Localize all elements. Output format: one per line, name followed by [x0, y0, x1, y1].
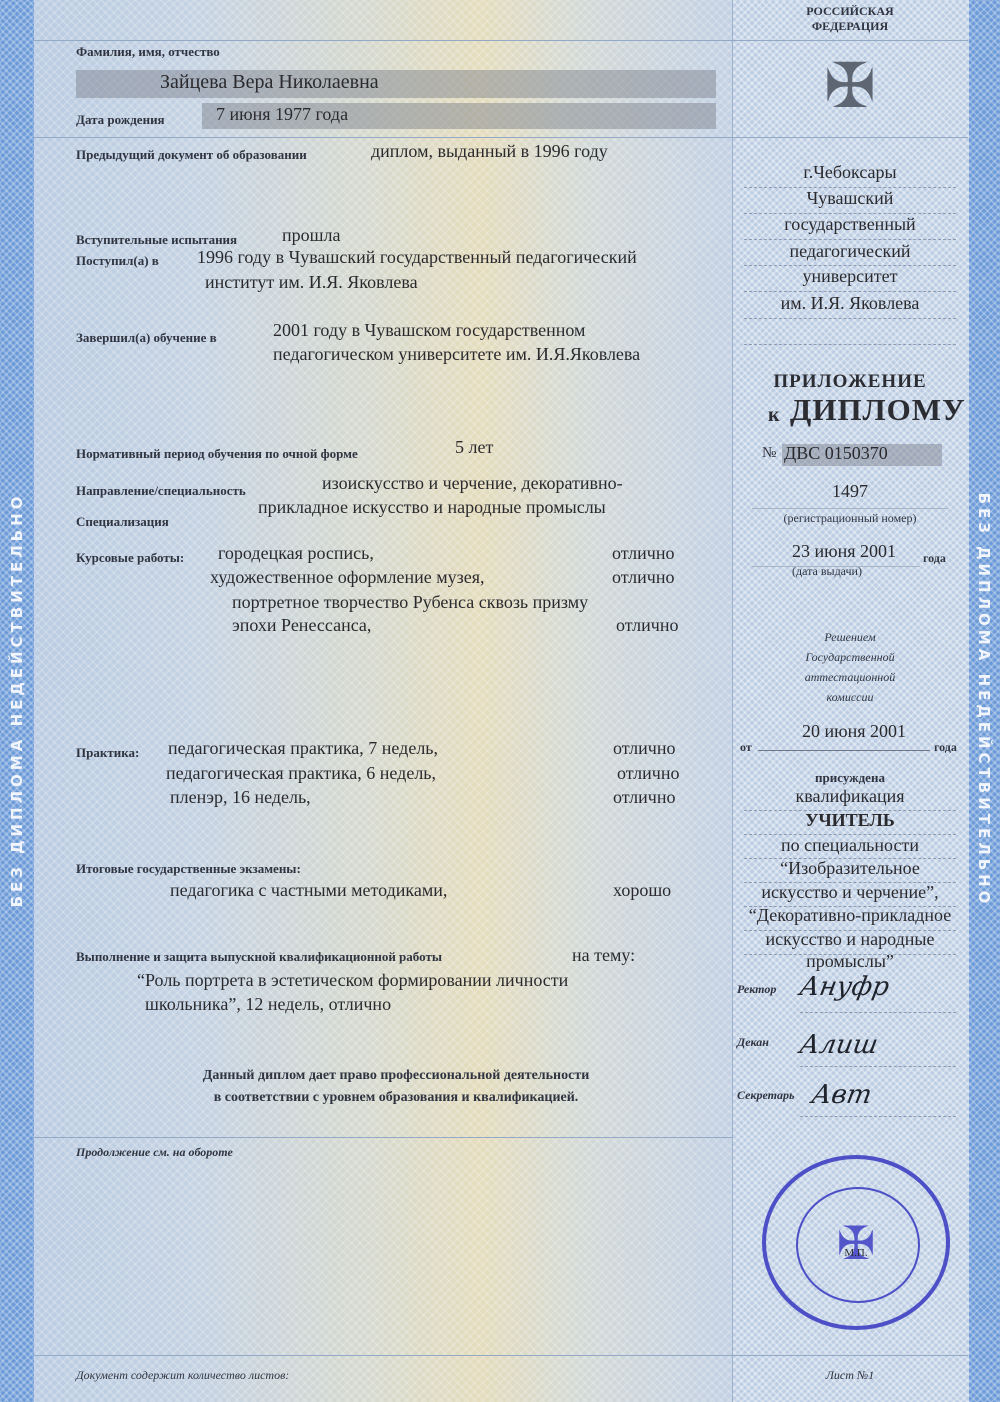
period-value: 5 лет	[455, 437, 493, 458]
rector-signature: Ануфр	[797, 972, 891, 1002]
diploma-number: ДВС 0150370	[784, 443, 888, 464]
thesis-label: Выполнение и защита выпускной квалификац…	[76, 949, 442, 965]
dean-signature: Алиш	[797, 1030, 880, 1060]
specialization-label: Специализация	[76, 514, 169, 530]
entrance-value: прошла	[282, 225, 340, 246]
divider	[34, 40, 732, 41]
coursework-grade: отлично	[612, 567, 674, 588]
institution-line: им. И.Я. Яковлева	[732, 293, 968, 314]
divider	[34, 1355, 968, 1356]
admitted-line: 1996 году в Чувашский государственный пе…	[197, 247, 637, 268]
period-label: Нормативный период обучения по очной фор…	[76, 446, 358, 462]
exam-grade: хорошо	[613, 880, 671, 901]
divider	[34, 137, 732, 138]
commission-line: аттестационной	[732, 670, 968, 685]
stamp-eagle-icon: ✠	[837, 1216, 876, 1270]
coursework-grade: отлично	[612, 543, 674, 564]
entrance-label: Вступительные испытания	[76, 232, 237, 248]
rule-line	[744, 344, 956, 345]
qualification-line: по специальности	[732, 835, 968, 856]
institution-line: государственный	[732, 214, 968, 235]
coursework-title: художественное оформление музея,	[210, 567, 485, 588]
specialty-line: прикладное искусство и народные промыслы	[258, 497, 606, 518]
coursework-label: Курсовые работы:	[76, 550, 184, 566]
stamp-text: М.П.	[844, 1247, 867, 1259]
commission-line: Государственной	[732, 650, 968, 665]
thesis-line: школьника”, 12 недель, отлично	[145, 994, 391, 1015]
completed-line: 2001 году в Чувашском государственном	[273, 320, 585, 341]
specialty-line: изоискусство и черчение, декоративно-	[322, 473, 623, 494]
specialty-label: Направление/специальность	[76, 483, 246, 499]
commission-line: комиссии	[732, 690, 968, 705]
divider	[732, 137, 968, 138]
official-stamp: ✠ М.П.	[762, 1155, 950, 1330]
previous-doc-value: диплом, выданный в 1996 году	[371, 141, 608, 162]
student-name: Зайцева Вера Николаевна	[160, 71, 379, 94]
rule-line	[744, 291, 956, 292]
diploma-appendix-page: БЕЗ ДИПЛОМА НЕДЕЙСТВИТЕЛЬНО БЕЗ ДИПЛОМА …	[0, 0, 1000, 1402]
exam-title: педагогика с частными методиками,	[170, 880, 447, 901]
commission-date-prefix: от	[740, 740, 752, 755]
country-line: ФЕДЕРАЦИЯ	[732, 19, 968, 34]
country-line: РОССИЙСКАЯ	[732, 4, 968, 19]
coursework-grade: отлично	[616, 615, 678, 636]
practice-grade: отлично	[613, 787, 675, 808]
rule-line	[744, 318, 956, 319]
left-band-text: БЕЗ ДИПЛОМА НЕДЕЙСТВИТЕЛЬНО	[8, 493, 26, 908]
completed-line: педагогическом университете им. И.Я.Яков…	[273, 344, 640, 365]
institution-line: университет	[732, 266, 968, 287]
signature-role: Ректор	[737, 982, 776, 997]
institution-line: Чувашский	[732, 188, 968, 209]
sheets-label: Документ содержит количество листов:	[76, 1368, 289, 1383]
number-prefix: №	[762, 445, 776, 462]
commission-date: 20 июня 2001	[802, 721, 906, 742]
issue-date-label: (дата выдачи)	[792, 564, 862, 579]
institution-line: г.Чебоксары	[732, 162, 968, 183]
qualification-line: искусство и народные	[732, 929, 968, 950]
issue-date: 23 июня 2001	[792, 541, 896, 562]
practice-grade: отлично	[617, 763, 679, 784]
qualification-line: промыслы”	[732, 951, 968, 972]
registration-number: 1497	[732, 481, 968, 502]
exams-label: Итоговые государственные экзамены:	[76, 861, 301, 877]
rule-line	[800, 1012, 956, 1013]
admitted-label: Поступил(а) в	[76, 253, 159, 269]
commission-date-suffix: года	[934, 740, 957, 755]
student-dob: 7 июня 1977 года	[216, 104, 348, 125]
name-label: Фамилия, имя, отчество	[76, 44, 220, 60]
qualification-label: квалификация	[732, 786, 968, 807]
admitted-line: институт им. И.Я. Яковлева	[205, 272, 418, 293]
continued-note: Продолжение см. на обороте	[76, 1145, 233, 1160]
qualification-line: “Изобразительное	[732, 858, 968, 879]
divider	[34, 1137, 732, 1138]
awarded-label: присуждена	[732, 770, 968, 786]
rights-line: в соответствии с уровнем образования и к…	[76, 1090, 716, 1106]
coursework-title: городецкая роспись,	[218, 543, 374, 564]
practice-title: педагогическая практика, 7 недель,	[168, 738, 438, 759]
completed-label: Завершил(а) обучение в	[76, 330, 217, 346]
right-band-text: БЕЗ ДИПЛОМА НЕДЕЙСТВИТЕЛЬНО	[975, 493, 993, 908]
divider	[732, 40, 968, 41]
qualification-value: УЧИТЕЛЬ	[732, 810, 968, 831]
appendix-to: к	[768, 404, 780, 427]
coursework-title: портретное творчество Рубенса сквозь при…	[232, 592, 588, 613]
previous-doc-label: Предыдущий документ об образовании	[76, 147, 307, 163]
signature-role: Декан	[737, 1035, 769, 1050]
coat-of-arms-icon: ✠	[732, 52, 968, 122]
qualification-line: “Декоративно-прикладное	[732, 905, 968, 926]
rights-line: Данный диплом дает право профессионально…	[76, 1068, 716, 1084]
thesis-line: “Роль портрета в эстетическом формирован…	[137, 970, 568, 991]
qualification-line: искусство и черчение”,	[732, 882, 968, 903]
secretary-signature: Авт	[809, 1080, 874, 1110]
rule-line	[752, 508, 948, 509]
commission-line: Решением	[732, 630, 968, 645]
rule-line	[744, 239, 956, 240]
right-security-band: БЕЗ ДИПЛОМА НЕДЕЙСТВИТЕЛЬНО	[968, 0, 1000, 1402]
dob-label: Дата рождения	[76, 112, 165, 128]
sheet-number: Лист №1	[732, 1368, 968, 1383]
practice-label: Практика:	[76, 745, 139, 761]
rule-line	[800, 1116, 956, 1117]
registration-number-label: (регистрационный номер)	[732, 511, 968, 526]
issue-year-suffix: года	[923, 551, 946, 566]
thesis-topic-label: на тему:	[572, 945, 635, 966]
coursework-title: эпохи Ренессанса,	[232, 615, 371, 636]
practice-title: педагогическая практика, 6 недель,	[166, 763, 436, 784]
appendix-diploma-title: ДИПЛОМУ	[790, 392, 966, 428]
left-security-band: БЕЗ ДИПЛОМА НЕДЕЙСТВИТЕЛЬНО	[0, 0, 34, 1402]
rule-line	[800, 1066, 956, 1067]
practice-title: пленэр, 16 недель,	[170, 787, 311, 808]
practice-grade: отлично	[613, 738, 675, 759]
rule-line	[758, 750, 930, 751]
signature-role: Секретарь	[737, 1088, 794, 1103]
institution-line: педагогический	[732, 241, 968, 262]
appendix-title: ПРИЛОЖЕНИЕ	[732, 371, 968, 393]
